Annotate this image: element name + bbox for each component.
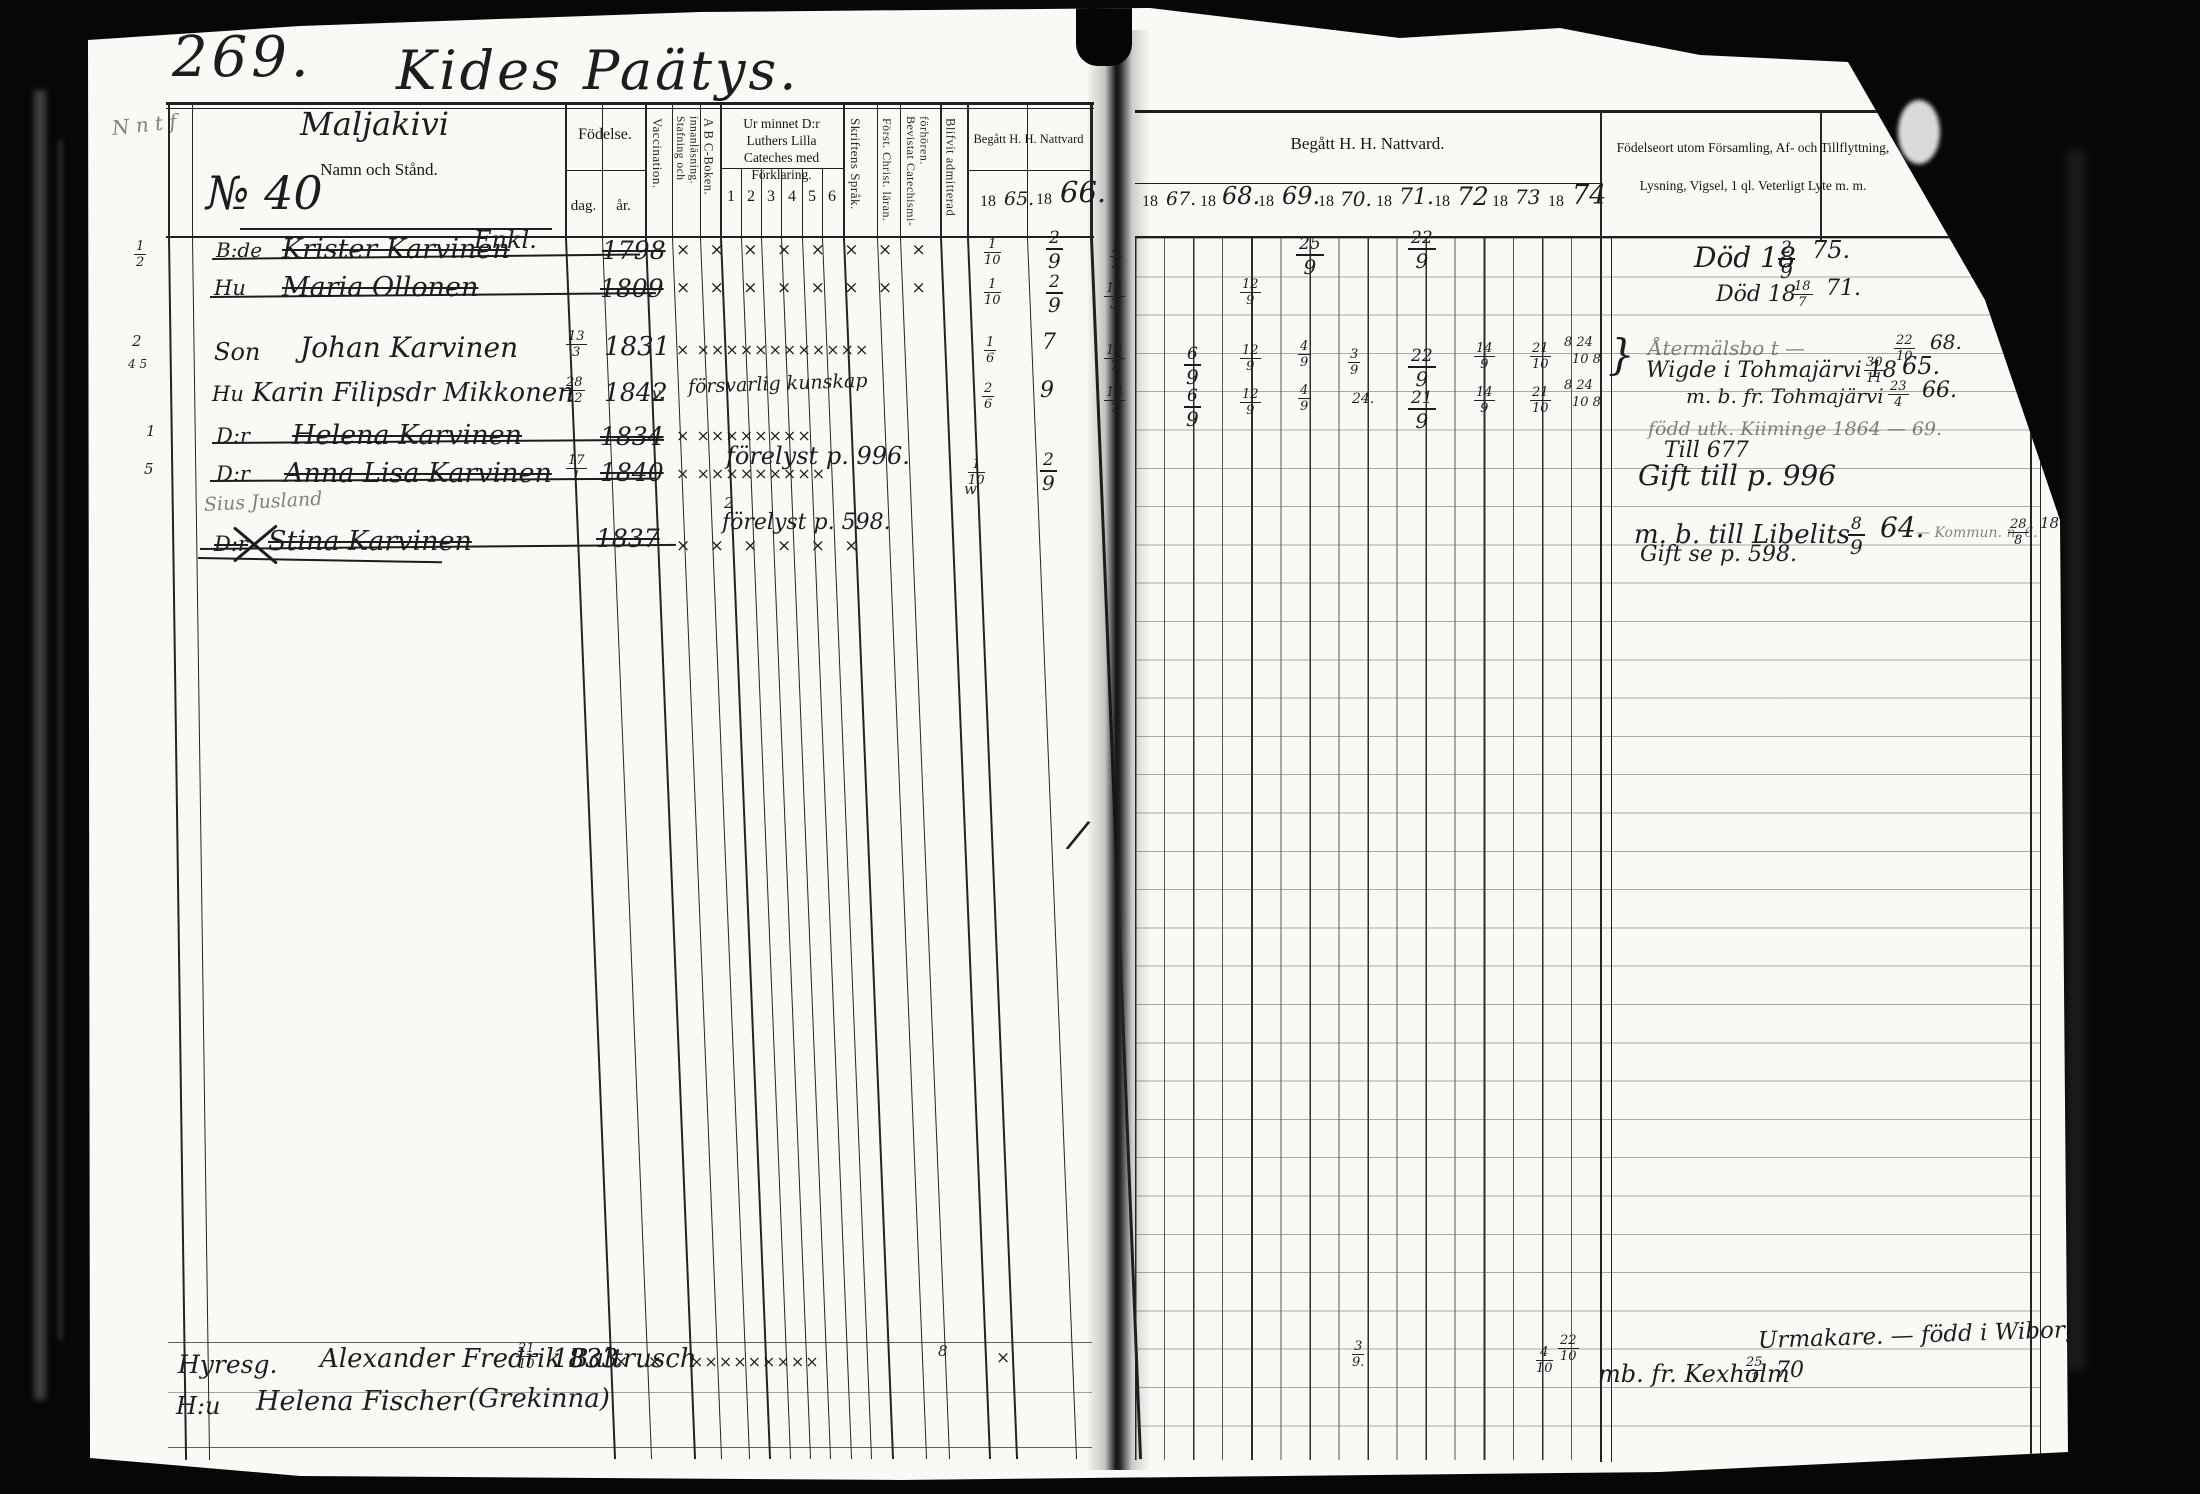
row8-year: 1833 <box>552 1346 618 1372</box>
row8-birthday: 2110 <box>516 1342 537 1371</box>
rp-row8-1874b: 2210 <box>1558 1334 1579 1363</box>
catechism-col-6: 6 <box>823 188 841 206</box>
rp-r3-1869: 129 <box>1240 344 1261 373</box>
rp-r3-1868: 69 <box>1184 346 1201 387</box>
row3-1865: 16 <box>984 336 996 365</box>
rp-row8-1874a: 410 <box>1536 1346 1553 1375</box>
notes-separator <box>1600 112 1602 1462</box>
row6-year: 1840 <box>600 460 664 485</box>
col-header-birth-year: år. <box>602 198 645 215</box>
rp-r2-1868: 129 <box>1240 278 1261 307</box>
row5-year: 1834 <box>600 424 664 449</box>
grid-line <box>940 238 991 1459</box>
grid-line <box>781 238 831 1459</box>
rp-r3-extra2: 10 8 <box>1572 353 1601 366</box>
col-header-attended: Bevistat Catechismi-förhören. <box>903 116 938 234</box>
grid-line <box>900 104 901 238</box>
row6-1866: 29 <box>1040 452 1057 493</box>
grid-line <box>700 238 750 1459</box>
grid-line <box>761 168 762 238</box>
col-header-scripture: Skriftens Språk. <box>847 118 874 232</box>
page-title: Kides Paätys. <box>396 44 799 98</box>
row2-1866: 29 <box>1046 274 1063 315</box>
note-died-2: Död 18 <box>1716 284 1796 306</box>
rp-r4-1868: 69 <box>1184 388 1201 429</box>
year-1870: 18 <box>1318 194 1334 210</box>
grid-line <box>720 238 771 1459</box>
row1-1865: 110 <box>984 238 1001 267</box>
row8-prefix: Hyresg. <box>178 1352 277 1377</box>
margin-note: 4 5 <box>128 358 147 370</box>
grid-line <box>877 104 878 238</box>
row4-name: Karin Filipsdr Mikkonen <box>252 380 574 406</box>
birthplace-header-line1: Födelseort utom Församling, Af- och Till… <box>1598 140 1908 156</box>
birth-subrule <box>565 170 645 171</box>
right-outer-border2 <box>2040 320 2041 1460</box>
grid-line <box>168 238 187 1460</box>
row3-1866: 7 <box>1042 332 1056 354</box>
note-mbfr: m. b. fr. Tohmajärvi <box>1686 386 1884 406</box>
grid-line <box>822 168 823 238</box>
catechism-col-2: 2 <box>742 188 760 206</box>
catechism-col-1: 1 <box>722 188 740 206</box>
row4-prefix: Hu <box>212 384 244 405</box>
col-header-birth: Födelse. <box>565 126 645 144</box>
grid-line <box>900 238 950 1459</box>
bottom-rule-1 <box>168 1342 1092 1343</box>
village-name: Maljakivi <box>300 108 449 140</box>
page-number: 269. <box>172 30 313 86</box>
note-died-1c: 75. <box>1812 238 1850 262</box>
row7-name: Stina Karvinen <box>268 528 472 555</box>
grid-line <box>192 104 193 238</box>
margin-note: 1 <box>146 424 156 439</box>
catechism-col-4: 4 <box>783 188 801 206</box>
note-forelyst-598a: 2 <box>724 496 734 511</box>
grid-line <box>761 238 811 1459</box>
year-1867-hw: 67. <box>1166 190 1196 209</box>
note-libelits-f: 1868. <box>2040 516 2083 531</box>
year-1871-hw: 71. <box>1399 187 1434 209</box>
rp-r4-1873: 149 <box>1474 386 1495 415</box>
grid-line <box>700 104 701 238</box>
rp-r4-1869: 129 <box>1240 388 1261 417</box>
row6-name: Anna Lisa Karvinen <box>284 460 552 487</box>
note-r3a: Återmälsbo t — <box>1648 338 1805 358</box>
margin-note: 12 <box>134 240 146 269</box>
margin-scribble: N n t f <box>111 111 178 138</box>
margin-note: 5 <box>144 462 154 477</box>
grid-line <box>720 104 722 238</box>
note-died-2b: 187 <box>1792 280 1813 309</box>
household-number: № 40 <box>206 170 323 216</box>
year-1872-hw: 72 <box>1457 184 1489 209</box>
row4-1865: 26 <box>982 382 994 411</box>
row1-marks: × × × × × × × × <box>676 242 933 259</box>
note-kexholm-c: 70 <box>1776 1360 1804 1382</box>
row4-vaccination: v. <box>652 386 664 402</box>
rp-r3-1873: 149 <box>1474 342 1495 371</box>
note-libelits-e: 288 <box>2008 518 2029 547</box>
row7-year: 1837 <box>596 526 660 551</box>
note-r3c: 68. <box>1930 332 1962 352</box>
rp-r3-extra1: 8 24 <box>1564 336 1593 349</box>
grid-line <box>843 238 894 1459</box>
row8-1866: × <box>996 1350 1017 1367</box>
grid-line <box>843 104 845 238</box>
col-header-vaccination: Vaccination. <box>649 118 672 232</box>
note-wigde-c: 65. <box>1902 354 1940 378</box>
row6-1865b: w <box>964 482 977 497</box>
row2-marks: × × × × × × × × <box>676 280 933 297</box>
right-outer-border <box>2030 320 2032 1460</box>
bottom-rule-3 <box>168 1447 1092 1448</box>
note-gift996: Gift till p. 996 <box>1638 462 1836 490</box>
rp-r4-1872: 219 <box>1408 390 1436 431</box>
row8-marks: × × <box>614 1354 669 1371</box>
year-1868-hw: 68. <box>1222 184 1260 208</box>
grid-line <box>940 104 942 238</box>
communion-left-subrule <box>967 170 1090 171</box>
rp-r3-1870: 49 <box>1298 340 1310 369</box>
note-helena: född utk. Kiiminge 1864 — 69. <box>1648 420 1942 439</box>
note-kexholm-b: 251 <box>1744 1356 1765 1385</box>
rp-r3-1874: 2110 <box>1530 342 1551 371</box>
row9-suffix: (Grekinna) <box>468 1386 610 1412</box>
col-header-abc-book: A B C-Boken. <box>701 118 720 232</box>
grid-line <box>192 238 210 1460</box>
note-died-1b: 29 <box>1778 240 1795 281</box>
row9-name: Helena Fischer <box>256 1388 465 1415</box>
grid-line <box>1027 104 1028 238</box>
row2-year: 1809 <box>600 276 664 301</box>
col-header-first-christ: Först. Christ. läran. <box>879 118 899 232</box>
year-1868: 18 <box>1200 194 1216 210</box>
year-1865: 18 <box>980 194 996 210</box>
film-edge-right-band <box>2066 150 2086 1370</box>
grid-line <box>967 238 1018 1459</box>
year-1866: 18 <box>1036 192 1052 208</box>
note-wigde: Wigde i Tohmajärvi 18 <box>1646 360 1897 382</box>
film-edge-left2 <box>58 140 63 1340</box>
grid-line <box>645 104 647 238</box>
gutter-top-notch <box>1076 0 1132 66</box>
note-mbfr-c: 66. <box>1922 380 1957 402</box>
note-mbfr-b: 234 <box>1888 380 1909 409</box>
row1-year: 1798 <box>602 238 666 263</box>
year-1871: 18 <box>1376 194 1392 210</box>
rp-r4-extra2: 10 8 <box>1572 396 1601 409</box>
rp-r4-extra1: 8 24 <box>1564 379 1593 392</box>
margin-note: 2 <box>132 334 142 349</box>
grid-line <box>741 168 742 238</box>
row4-note: försvarlig kunskap <box>688 372 868 397</box>
col-header-birth-day: dag. <box>565 198 602 215</box>
notes-separator2 <box>1611 238 1612 1462</box>
rp-r3-1871: 39 <box>1348 348 1360 377</box>
year-1869-hw: 69. <box>1282 184 1320 208</box>
year-1873: 18 <box>1492 194 1508 210</box>
note-libelits-b: 89 <box>1848 516 1865 557</box>
row9-prefix: H:u <box>176 1394 220 1418</box>
row3-prefix: Son <box>214 340 260 364</box>
rp-margin-r1: 23 <box>1110 242 1122 271</box>
grid-line <box>672 104 673 238</box>
rp-r1-1870: 259 <box>1296 236 1324 277</box>
col-header-communion-right: Begått H. H. Nattvard. <box>1135 134 1600 154</box>
rp-r1-1871: 229 <box>1408 230 1436 271</box>
row3-birthday: 133 <box>566 330 587 359</box>
film-edge-left <box>34 90 46 1400</box>
rp-row8-1870: 39. <box>1352 1340 1364 1369</box>
row1-1866: 29 <box>1046 230 1063 271</box>
row8-1865: 8 <box>938 1344 948 1359</box>
row5-name: Helena Karvinen <box>292 422 522 449</box>
col-header-spelling: Stafning och innanläsning. <box>673 116 700 234</box>
birthplace-box-border <box>1820 112 1822 240</box>
col-header-admitted: Blifvit admitterad <box>943 118 965 232</box>
grid-line <box>967 104 969 238</box>
grid-line <box>802 238 852 1459</box>
grid-line <box>672 238 722 1459</box>
rp-brace: } <box>1608 334 1635 376</box>
grid-line <box>822 238 872 1459</box>
rp-r4-1870: 49 <box>1298 384 1310 413</box>
year-1869: 18 <box>1258 194 1274 210</box>
rp-r4-1871: 24. <box>1352 392 1374 406</box>
grid-line <box>802 168 803 238</box>
row2-1865: 110 <box>984 278 1001 307</box>
catechism-col-3: 3 <box>762 188 780 206</box>
birthplace-header-line2: Lysning, Vigsel, 1 ql. Veterligt Lyte m.… <box>1598 178 1908 194</box>
row3-year: 1831 <box>604 334 670 360</box>
row8-marks2: ××××××××× <box>690 1354 820 1370</box>
book-pages: 269. Kides Paätys. Maljakivi Namn och St… <box>0 0 2200 1494</box>
year-1872: 18 <box>1434 194 1450 210</box>
rp-r3-1872: 229 <box>1408 348 1436 389</box>
row4-1866: 9 <box>1040 380 1054 402</box>
grid-line <box>565 104 567 238</box>
row3-name: Johan Karvinen <box>300 334 518 362</box>
year-1870-hw: 70. <box>1340 189 1372 209</box>
grid-line <box>602 104 603 238</box>
row1-suffix: Enkl. <box>474 228 537 252</box>
note-forelyst-598: förelyst p. 598. <box>722 512 891 534</box>
rp-margin-r3: 157 <box>1104 344 1125 373</box>
col-header-communion-left: Begått H. H. Nattvard <box>967 132 1090 147</box>
year-1874-hw: 74 <box>1572 182 1606 209</box>
note-died-2c: 71. <box>1826 278 1861 300</box>
catechism-col-5: 5 <box>803 188 821 206</box>
communion-right-subrule <box>1135 183 1600 184</box>
interline-note: Sius Jusland <box>204 490 323 515</box>
year-1874: 18 <box>1548 194 1564 210</box>
row7-marks: × × × × × × <box>676 538 865 555</box>
row3-marks: × ×××××××××××× <box>676 342 869 358</box>
rp-margin-r4: 137 <box>1104 386 1125 415</box>
row4-birthday: 2812 <box>564 376 585 405</box>
grid-line <box>741 238 791 1459</box>
note-wigde-b: 3011 <box>1864 356 1885 385</box>
scanned-church-record: 269. Kides Paätys. Maljakivi Namn och St… <box>0 0 2200 1494</box>
year-1867: 18 <box>1142 194 1158 210</box>
year-1866-hw: 66. <box>1060 178 1106 207</box>
grid-line <box>781 168 782 238</box>
note-gift598: Gift se p. 598. <box>1640 544 1797 566</box>
rp-margin-r2: 143 <box>1104 282 1125 311</box>
year-1873-hw: 73 <box>1515 187 1540 207</box>
top-rule-right <box>1135 110 1900 113</box>
rp-r4-1874: 2110 <box>1530 386 1551 415</box>
film-edge-right-blob <box>1898 100 1940 164</box>
row6-marks: × ××××××××× <box>676 466 826 482</box>
year-1865-hw: 65. <box>1004 190 1034 209</box>
